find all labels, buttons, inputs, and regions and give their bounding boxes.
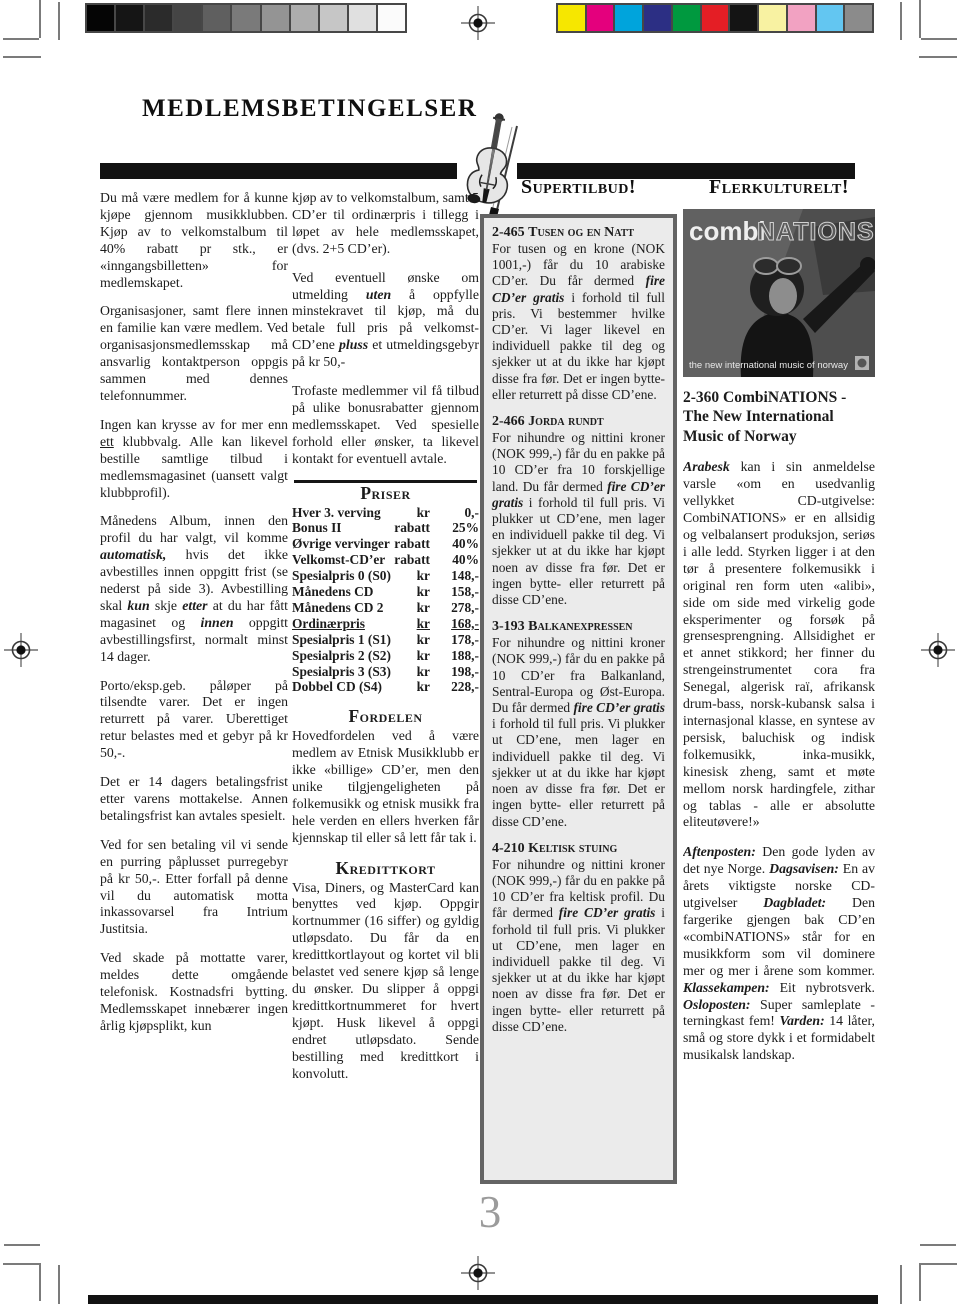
paragraph: Ingen kan krysse av for mer enn ett klub… — [100, 417, 288, 502]
text-segment: i forhold til full pris. Vi plukker ut C… — [492, 716, 665, 828]
color-patch — [788, 5, 815, 31]
paragraph: Månedens Album, innen den profil du har … — [100, 513, 288, 665]
color-patch — [145, 5, 172, 31]
color-patch — [87, 5, 114, 31]
price-row: Månedens CDkr158,- — [292, 584, 479, 600]
offer-code: 2-466 — [492, 414, 525, 429]
album-subtitle: the new international music of norway — [689, 360, 848, 371]
crop-mark-line — [4, 1244, 40, 1246]
color-patch — [291, 5, 318, 31]
page-number: 3 — [466, 1190, 514, 1235]
offer-name: Jorda rundt — [528, 414, 604, 429]
album-cover-image: combi NATIONS the new international musi… — [683, 209, 875, 377]
bottom-edge-bar — [88, 1295, 878, 1304]
color-patch — [759, 5, 786, 31]
text-segment: Ved for sen betaling vil vi sende en pur… — [100, 837, 288, 937]
album-title-nations: NATIONS — [757, 218, 875, 246]
color-patch — [232, 5, 259, 31]
text-segment: Det er 14 dagers betalingsfrist etter va… — [100, 774, 288, 823]
price-row: Spesialpris 0 (S0)kr148,- — [292, 568, 479, 584]
color-patch — [378, 5, 405, 31]
text-segment: pluss — [339, 337, 368, 352]
text-segment: automatisk, — [100, 547, 166, 562]
registration-mark-icon — [461, 6, 495, 40]
text-segment: fire CD’er gratis — [573, 700, 665, 715]
text-segment: For tusen og en krone (NOK 1001,-) får d… — [492, 241, 665, 288]
kredittkort-text: Visa, Diners, og MasterCard kan benyttes… — [292, 880, 479, 1083]
offer-heading: 4-210 Keltisk stuing — [492, 840, 665, 857]
crop-mark-line — [919, 1263, 921, 1301]
grayscale-calibration-bar — [85, 3, 407, 33]
crop-mark-line — [900, 1265, 902, 1304]
color-calibration-bar — [556, 3, 874, 33]
crop-mark-line — [920, 1244, 956, 1246]
crop-mark-line — [921, 38, 957, 40]
text-segment: i forhold til full pris. Vi bestemmer hv… — [492, 290, 665, 402]
text-segment: Klassekampen: — [683, 980, 770, 995]
supertilbud-offers-box: 2-465 Tusen og en Natt For tusen og en k… — [480, 214, 677, 1184]
scanned-magazine-page: { "page_number": "3", "title": "MEDLEMSB… — [0, 0, 960, 1304]
price-row-ordinary-price: Ordinærpriskr168,- — [292, 616, 479, 632]
offer-code: 2-465 — [492, 225, 525, 240]
color-patch — [174, 5, 201, 31]
paragraph: Det er 14 dagers betalingsfrist etter va… — [100, 774, 288, 825]
crop-mark-line — [3, 38, 39, 40]
color-patch — [615, 5, 642, 31]
price-row: Velkomst-CD’errabatt40% — [292, 552, 479, 568]
text-segment: Varden: — [779, 1013, 824, 1028]
price-row: Hver 3. vervingkr0,- — [292, 505, 479, 521]
color-patch — [320, 5, 347, 31]
price-row: Spesialpris 1 (S1)kr178,- — [292, 632, 479, 648]
price-row: Spesialpris 3 (S3)kr198,- — [292, 664, 479, 680]
crop-mark-line — [3, 1263, 40, 1265]
paragraph: Ved for sen betaling vil vi sende en pur… — [100, 837, 288, 938]
registration-mark-icon — [921, 633, 955, 667]
price-row: Månedens CD 2kr278,- — [292, 600, 479, 616]
supertilbud-heading: Supertilbud! — [480, 176, 677, 199]
crop-mark-line — [58, 2, 60, 40]
fordelen-text: Hovedfordelen ved å være medlem av Etnis… — [292, 728, 479, 846]
paragraph: Ved eventuell ønske om utmelding uten å … — [292, 270, 479, 371]
text-segment: Osloposten: — [683, 997, 750, 1012]
color-patch — [349, 5, 376, 31]
offer-name: Tusen og en Natt — [528, 225, 634, 240]
text-segment: kjøp av to velkomstalbum, samt 5 CD’er t… — [292, 190, 479, 256]
crop-mark-line — [919, 56, 957, 58]
crop-mark-line — [39, 0, 41, 38]
crop-mark-line — [39, 1263, 41, 1301]
text-segment: innen — [201, 615, 234, 630]
color-patch — [730, 5, 757, 31]
text-segment: uten — [366, 287, 391, 302]
crop-mark-line — [58, 1265, 60, 1304]
header-rule-left — [100, 163, 457, 179]
offer-text: For nihundre og nittini kroner (NOK 999,… — [492, 430, 665, 608]
crop-mark-line — [919, 0, 921, 38]
crop-mark-line — [900, 2, 902, 40]
text-segment: Du må være medlem for å kunne kjøpe gjen… — [100, 190, 288, 290]
text-segment: fire CD’er gratis — [559, 905, 656, 920]
price-row: Øvrige vervingerrabatt40% — [292, 536, 479, 552]
registration-mark-icon — [461, 1256, 495, 1290]
color-patch — [262, 5, 289, 31]
color-patch — [702, 5, 729, 31]
album-title-combi: combi — [689, 216, 766, 246]
text-segment: etter — [182, 598, 207, 613]
text-segment: kun — [127, 598, 149, 613]
paragraph: Du må være medlem for å kunne kjøpe gjen… — [100, 190, 288, 291]
text-segment: Dagbladet: — [763, 895, 826, 910]
paragraph: kjøp av to velkomstalbum, samt 5 CD’er t… — [292, 190, 479, 258]
paragraph: Organisasjoner, samt flere innen en fami… — [100, 303, 288, 404]
text-segment: Eit nybrotsverk. — [770, 980, 875, 995]
offer-text: For tusen og en krone (NOK 1001,-) får d… — [492, 241, 665, 403]
text-segment: kan i sin anmeldelse varsle «om en usedv… — [683, 459, 875, 829]
text-segment: Dagsavisen: — [769, 861, 839, 876]
registration-mark-icon — [4, 633, 38, 667]
paragraph: Ved skade på mottatte varer, meldes dett… — [100, 950, 288, 1035]
offer-text: For nihundre og nittini kroner (NOK 999,… — [492, 857, 665, 1035]
color-patch — [845, 5, 872, 31]
flerkulturelt-heading: Flerkulturelt! — [683, 176, 875, 199]
offer-heading: 3-193 Balkanexpressen — [492, 618, 665, 635]
crop-mark-line — [3, 56, 41, 58]
crop-mark-line — [920, 1263, 957, 1265]
paragraph: Trofaste medlemmer vil få tilbud på ulik… — [292, 383, 479, 468]
color-patch — [558, 5, 585, 31]
offer-name: Balkanexpressen — [528, 619, 632, 634]
column-flerkulturelt: combi NATIONS the new international musi… — [683, 209, 875, 1269]
press-quotes-paragraph: Aftenposten: Den gode lyden av det nye N… — [683, 844, 875, 1064]
page-title: MEDLEMSBETINGELSER — [142, 95, 477, 123]
text-segment: Porto/eksp.geb. påløper på tilsendte var… — [100, 678, 288, 761]
color-patch — [203, 5, 230, 31]
text-segment: i forhold til full pris. Vi plukker ut C… — [492, 905, 665, 1033]
text-segment: Ved skade på mottatte varer, meldes dett… — [100, 950, 288, 1033]
prices-heading: Priser — [292, 485, 479, 502]
price-table: Hver 3. vervingkr0,- Bonus IIrabatt25% Ø… — [292, 505, 479, 696]
review-paragraph: Arabesk kan i sin anmeldelse varsle «om … — [683, 459, 875, 831]
paragraph: Porto/eksp.geb. påløper på tilsendte var… — [100, 678, 288, 763]
column-membership-terms: Du må være medlem for å kunne kjøpe gjen… — [100, 190, 288, 1252]
color-patch — [673, 5, 700, 31]
offer-text: For nihundre og nittini kroner (NOK 999,… — [492, 635, 665, 829]
album-caption: 2-360 CombiNATIONS - The New Internation… — [683, 388, 875, 447]
kredittkort-heading: Kredittkort — [292, 860, 479, 877]
column-prices-benefits: kjøp av to velkomstalbum, samt 5 CD’er t… — [292, 190, 479, 1190]
text-segment: ett — [100, 434, 114, 449]
text-segment: klubbvalg. Alle kan likevel bestille sam… — [100, 434, 288, 500]
price-row: Spesialpris 2 (S2)kr188,- — [292, 648, 479, 664]
fordelen-heading: Fordelen — [292, 708, 479, 725]
color-patch — [644, 5, 671, 31]
color-patch — [587, 5, 614, 31]
text-segment: Månedens Album, innen den profil du har … — [100, 513, 288, 545]
offer-heading: 2-465 Tusen og en Natt — [492, 224, 665, 241]
text-segment: i forhold til full pris. Vi plukker ut C… — [492, 495, 665, 607]
text-segment: Arabesk — [683, 459, 730, 474]
offer-heading: 2-466 Jorda rundt — [492, 413, 665, 430]
price-row: Bonus IIrabatt25% — [292, 520, 479, 536]
offer-name: Keltisk stuing — [528, 841, 617, 856]
text-segment: Organisasjoner, samt flere innen en fami… — [100, 303, 288, 403]
price-row: Dobbel CD (S4)kr228,- — [292, 679, 479, 695]
offer-code: 3-193 — [492, 619, 525, 634]
offer-code: 4-210 — [492, 841, 525, 856]
text-segment: Trofaste medlemmer vil få tilbud på ulik… — [292, 383, 479, 466]
text-segment: Aftenposten: — [683, 844, 756, 859]
text-segment: skje — [150, 598, 183, 613]
color-patch — [817, 5, 844, 31]
color-patch — [116, 5, 143, 31]
text-segment: Ingen kan krysse av for mer enn — [100, 417, 288, 432]
